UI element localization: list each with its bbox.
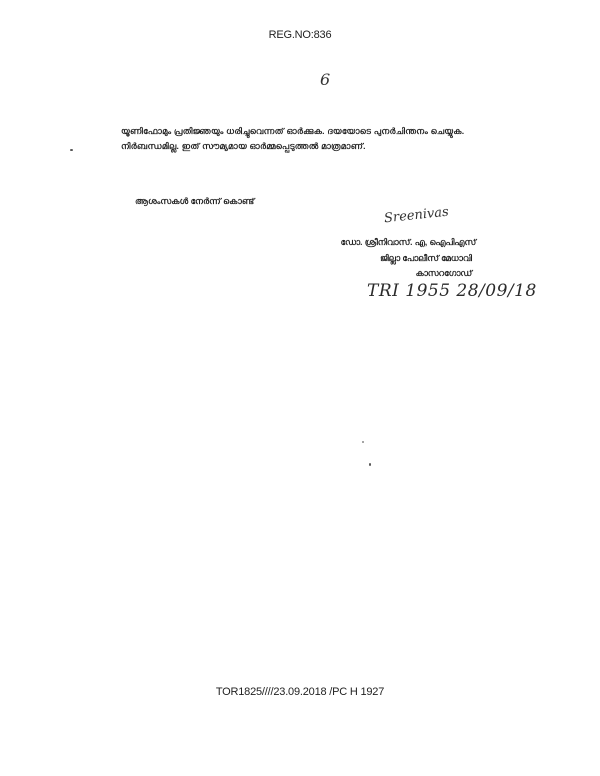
signatory-designation: ജില്ലാ പോലീസ് മേധാവി: [380, 253, 472, 264]
footer-reference: TOR1825////23.09.2018 /PC H 1927: [0, 686, 600, 698]
signatory-location: കാസറഗോഡ്: [416, 268, 472, 279]
body-paragraph-line-2: നിർബന്ധമില്ല. ഇത് സൗമ്യമായ ഓർമ്മപ്പെടുത്…: [121, 141, 366, 152]
scan-speck: [362, 441, 364, 443]
handwritten-note: TRI 1955 28/09/18: [367, 281, 537, 301]
handwritten-page-number: 6: [320, 70, 330, 89]
signatory-name: ഡോ. ശ്രീനിവാസ്. എ, ഐപിഎസ്: [341, 237, 476, 248]
registration-number: REG.NO:836: [0, 29, 600, 41]
scan-speck: [369, 463, 371, 466]
scan-speck: [70, 149, 73, 151]
closing-greeting: ആശംസകൾ നേർന്ന് കൊണ്ട്: [135, 196, 254, 207]
handwritten-signature: Sreenivas: [383, 205, 449, 227]
body-paragraph-line-1: യൂണിഫോമും പ്രതിജ്ഞയും ധരിച്ചുവെന്നത് ഓർക…: [121, 126, 464, 137]
